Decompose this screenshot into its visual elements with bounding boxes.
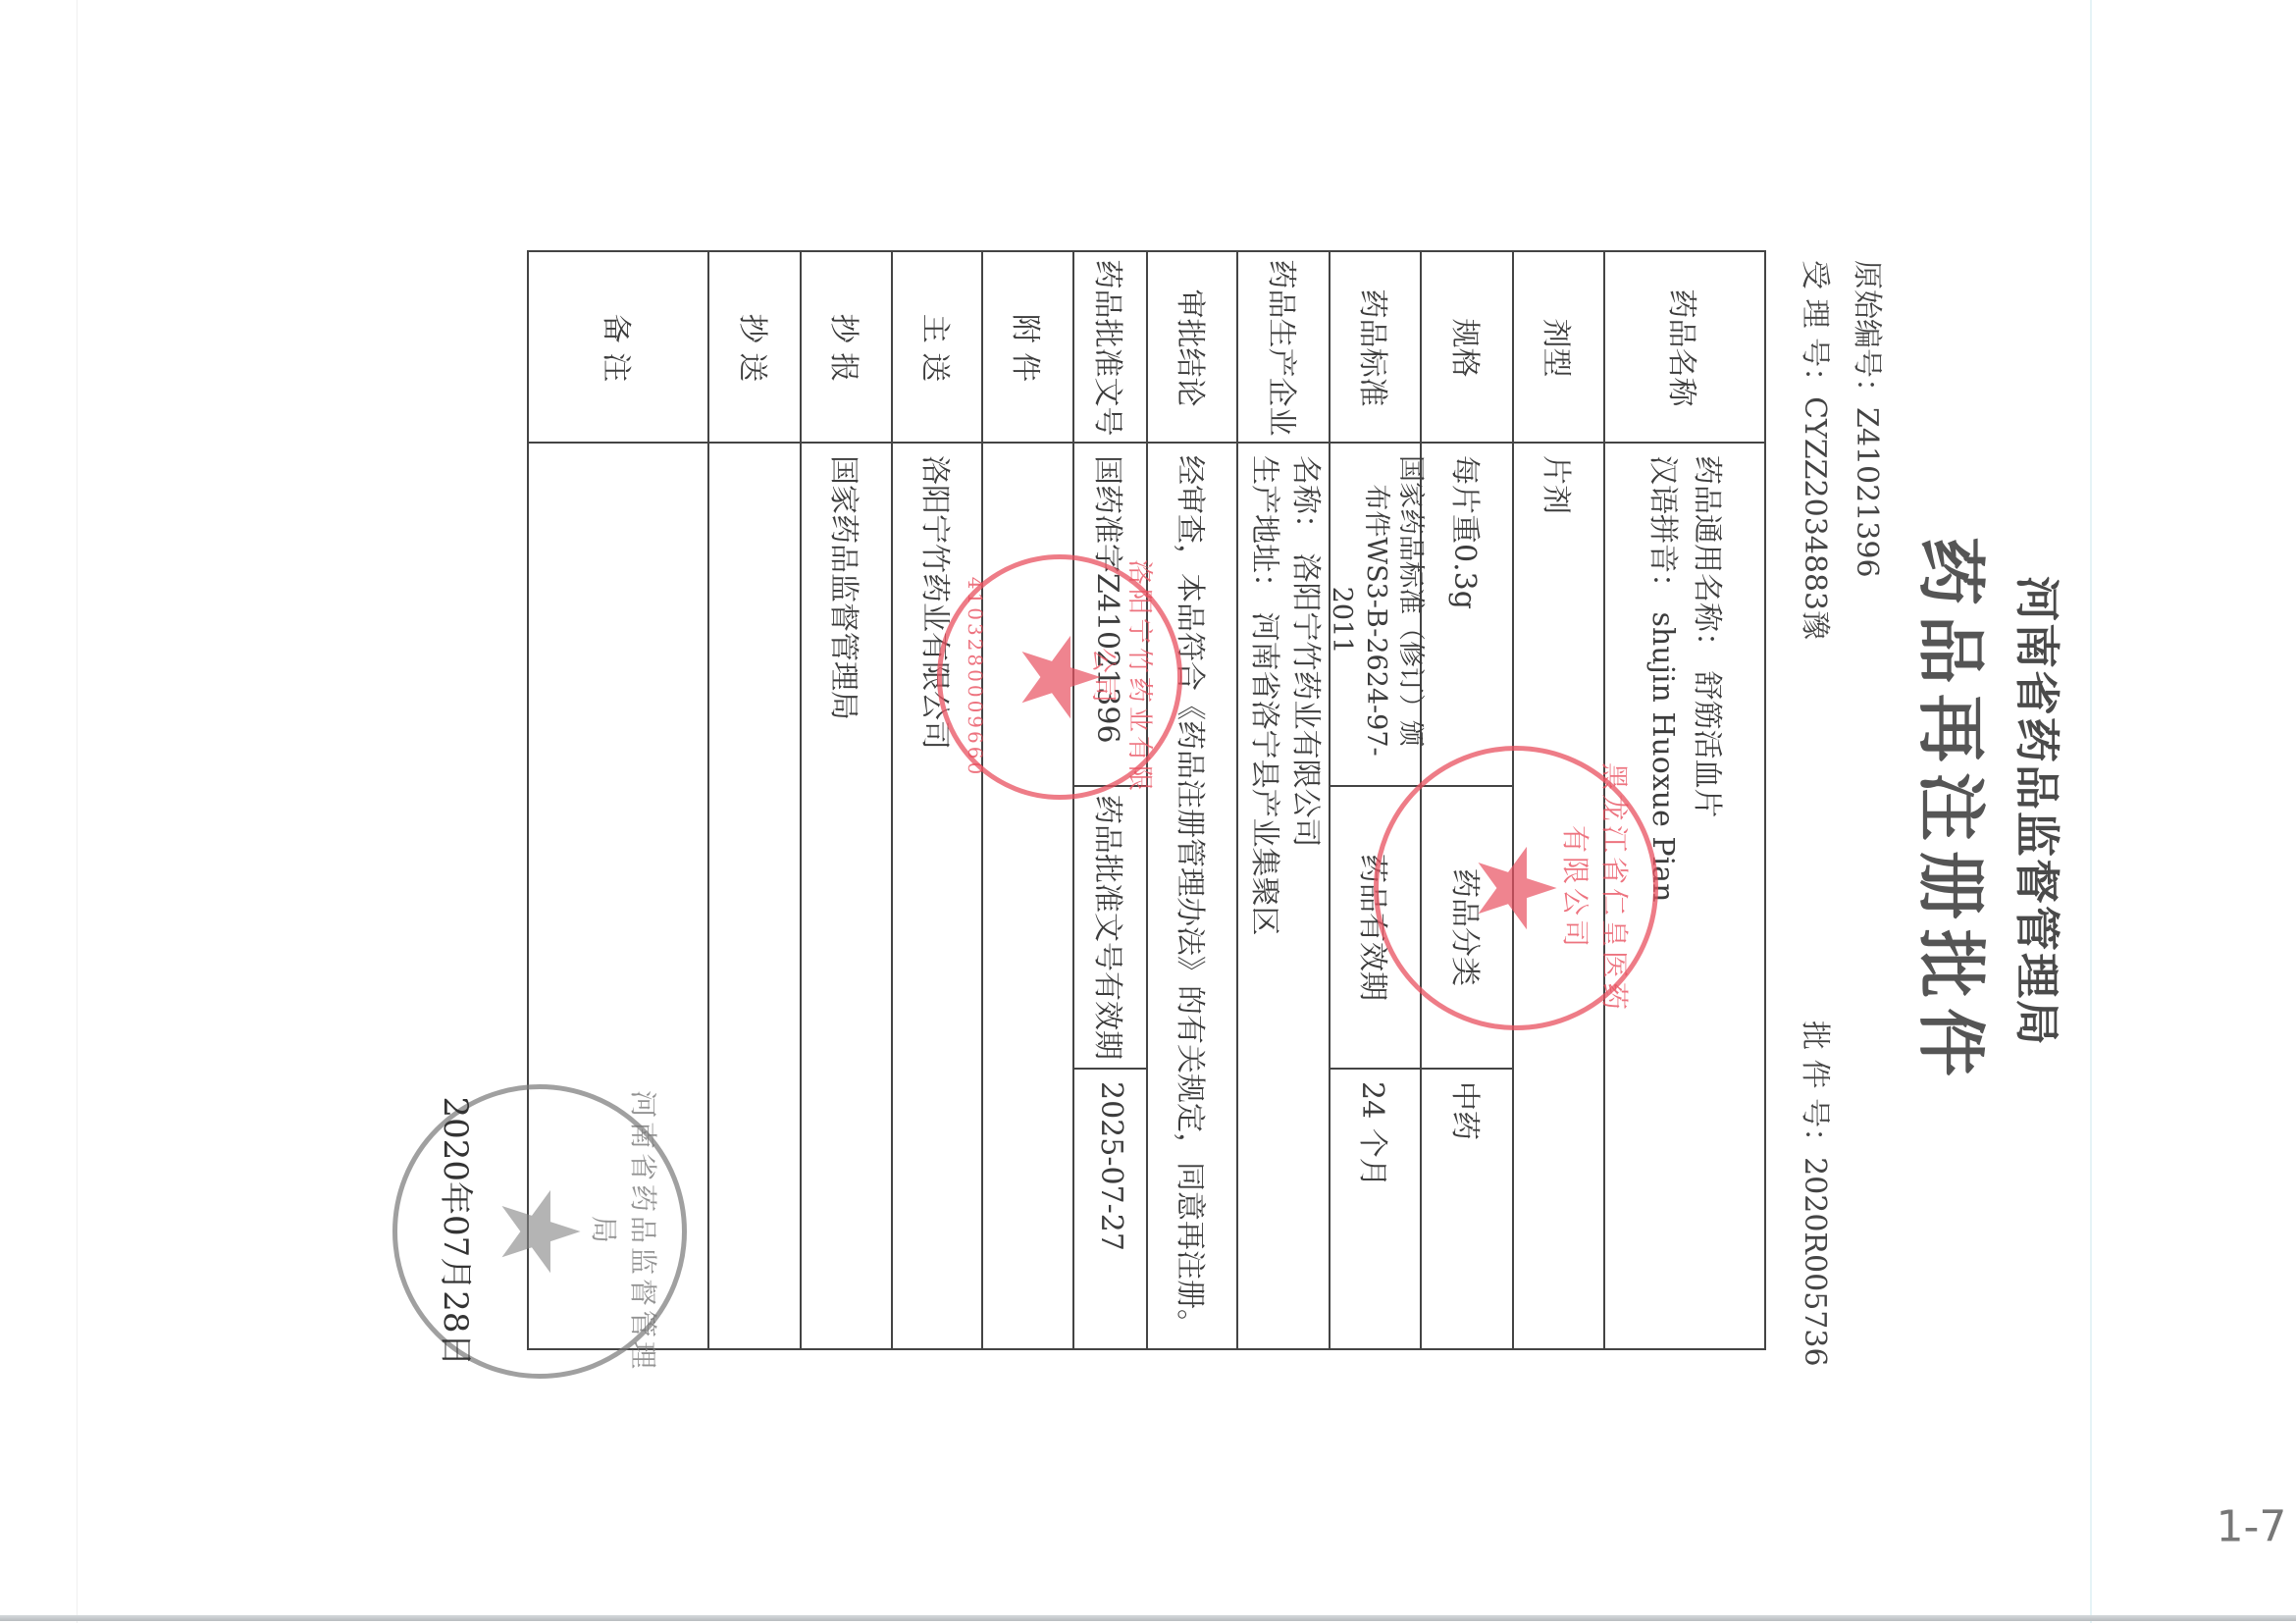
- label-dosage-form: 剂型: [1514, 252, 1605, 444]
- value-dosage-form: 片剂: [1514, 444, 1605, 1348]
- label-remarks: 备 注: [529, 252, 709, 444]
- generic-name: 药品通用名称： 舒筋活血片: [1685, 455, 1729, 818]
- label-shelf-life: 药品有效期: [1331, 787, 1422, 1068]
- manufacturer-name: 名称： 洛阳宁竹药业有限公司: [1284, 455, 1326, 848]
- handwritten-note: 1-7: [2217, 1501, 2287, 1551]
- issuing-agency: 河南省药品监督管理局: [2008, 0, 2072, 1623]
- value-approval-doc: 国药准字Z41021396: [1074, 444, 1148, 785]
- value-main-recipient: 洛阳宁竹药业有限公司: [893, 444, 983, 1348]
- approval-number: 批 件 号：2020R005736: [1797, 1021, 1840, 1367]
- value-report-to: 国家药品监督管理局: [802, 444, 893, 1348]
- value-manufacturer: 名称： 洛阳宁竹药业有限公司 生产地址： 河南省洛宁县产业集聚区: [1238, 444, 1331, 1348]
- label-main-recipient: 主 送: [893, 252, 983, 444]
- label-approval-validity: 药品批准文号有效期: [1074, 787, 1148, 1068]
- value-drug-standard: 国家药品标准（修订）颁 布件WS3-B-2624-97-2011: [1331, 444, 1422, 785]
- value-copy-to: [709, 444, 802, 1348]
- standard-line-2: 布件WS3-B-2624-97-2011: [1325, 455, 1393, 785]
- approval-number-label: 批 件 号：: [1798, 1021, 1832, 1157]
- value-specification: 每片重0.3g: [1422, 444, 1514, 785]
- original-number-value: Z41021396: [1850, 407, 1884, 578]
- pinyin-name: 汉语拼音： shujin Huoxue Pian: [1641, 455, 1685, 902]
- manufacturer-address: 生产地址： 河南省洛宁县产业集聚区: [1243, 455, 1284, 936]
- approval-document: 河南省药品监督管理局 药品再注册批件 原始编号：Z41021396 受 理 号：…: [0, 0, 2296, 1623]
- label-drug-category: 药品分类: [1422, 787, 1514, 1068]
- value-attachment: [983, 444, 1074, 1348]
- label-drug-standard-text: 药品标准: [1355, 289, 1398, 407]
- value-remarks: [529, 444, 709, 1348]
- acceptance-number-value: CYZZ2034883豫: [1798, 396, 1832, 640]
- issue-date: 2020年07月28日: [435, 1089, 483, 1374]
- document-title: 药品再注册批件: [1906, 0, 2006, 1623]
- label-copy-to: 抄 送: [709, 252, 802, 444]
- label-attachment: 附 件: [983, 252, 1074, 444]
- acceptance-number-label: 受 理 号：: [1798, 260, 1832, 396]
- label-specification: 规格: [1422, 252, 1514, 444]
- value-drug-name: 药品通用名称： 舒筋活血片 汉语拼音： shujin Huoxue Pian: [1605, 444, 1764, 1348]
- standard-line-1: 国家药品标准（修订）颁: [1393, 455, 1428, 747]
- label-report-to: 抄 报: [802, 252, 893, 444]
- approval-number-value: 2020R005736: [1798, 1157, 1832, 1366]
- label-conclusion: 审批结论: [1148, 252, 1238, 444]
- original-number: 原始编号：Z41021396: [1849, 260, 1892, 578]
- value-shelf-life: 24 个月: [1331, 1070, 1422, 1348]
- approval-table: 药品名称 药品通用名称： 舒筋活血片 汉语拼音： shujin Huoxue P…: [527, 250, 1766, 1350]
- original-number-label: 原始编号：: [1850, 260, 1884, 407]
- label-drug-standard: 药品标准: [1331, 252, 1422, 444]
- label-drug-name: 药品名称: [1605, 252, 1764, 444]
- value-conclusion: 经审查，本品符合《药品注册管理办法》的有关规定，同意再注册。: [1148, 444, 1238, 1348]
- label-approval-doc: 药品批准文号: [1074, 252, 1148, 444]
- label-manufacturer: 药品生产企业: [1238, 252, 1331, 444]
- acceptance-number: 受 理 号：CYZZ2034883豫: [1797, 260, 1840, 640]
- value-approval-validity: 2025-07-27: [1074, 1070, 1148, 1348]
- value-drug-category: 中药: [1422, 1070, 1514, 1348]
